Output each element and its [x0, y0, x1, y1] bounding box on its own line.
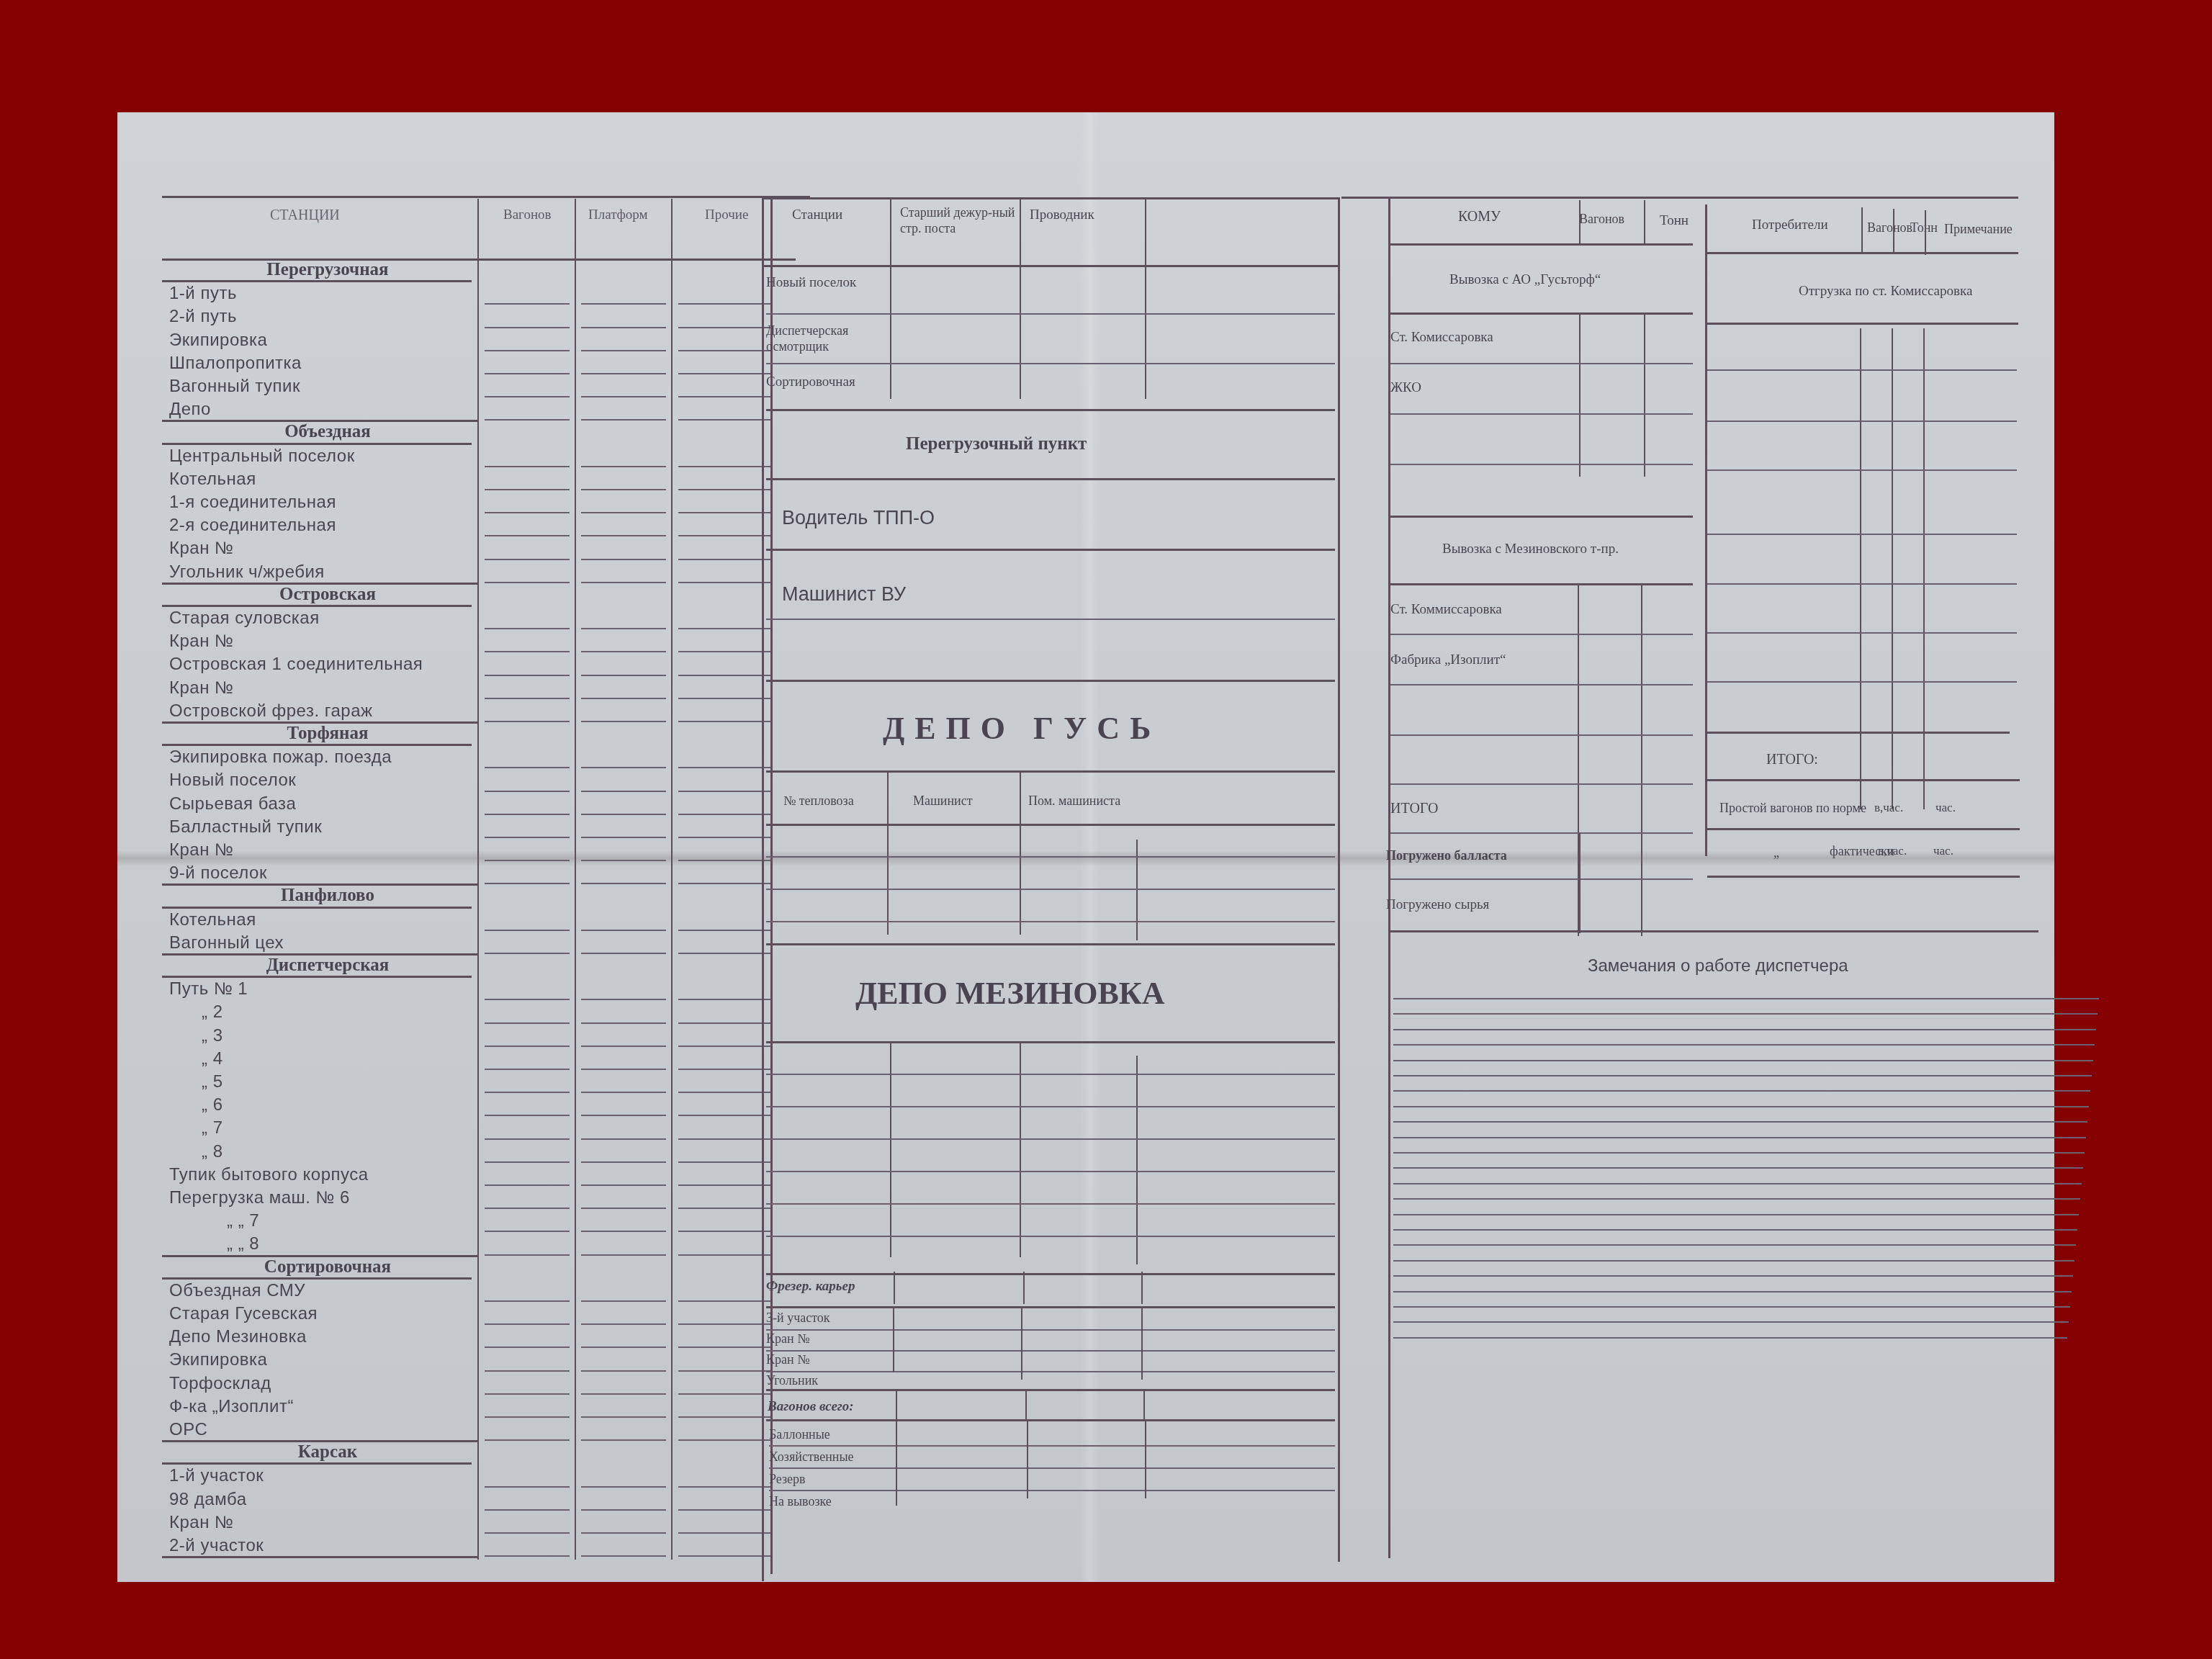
table-cell-input[interactable] [485, 419, 570, 421]
station-row-label: Кран № [169, 1513, 233, 1533]
table-cell-input[interactable] [581, 1208, 666, 1209]
table-cell-input[interactable] [581, 767, 666, 768]
section-komissarovka-title: Отгрузка по ст. Комиссаровка [1799, 284, 1972, 300]
table-cell-input[interactable] [678, 1532, 770, 1534]
table-cell-input[interactable] [678, 1046, 770, 1047]
station-row-label: Котельная [169, 469, 256, 490]
station-row-label: Экипировка [169, 1350, 267, 1370]
paper-form: СТАНЦИИ Вагонов Платформ Прочие Перегруз… [117, 112, 2054, 1582]
remark-line[interactable] [1393, 998, 2099, 999]
loaded-ballast-label: Погружено балласта [1386, 848, 1507, 863]
remark-line[interactable] [1393, 1321, 2069, 1323]
header-export-wagons: Вагонов [1579, 212, 1624, 227]
table-cell-input[interactable] [485, 396, 570, 397]
table-cell-input[interactable] [581, 1416, 666, 1418]
quarry-row-label: 3-й участок [766, 1310, 830, 1326]
group-rule [162, 280, 472, 282]
table-cell-input[interactable] [678, 373, 770, 374]
header-conductor: Проводник [1030, 207, 1094, 223]
table-cell-input[interactable] [485, 1184, 570, 1186]
remark-line[interactable] [1393, 1013, 2098, 1015]
table-cell-input[interactable] [678, 1184, 770, 1186]
table-cell-input[interactable] [485, 535, 570, 536]
remark-line[interactable] [1393, 1198, 2080, 1200]
header-depot-machinist: Машинист [913, 793, 973, 809]
idle-norm-label: Простой вагонов по норме [1719, 801, 1866, 816]
quarry-row-input[interactable] [766, 1350, 1335, 1352]
idle-norm-hours: час. [1935, 801, 1956, 815]
quarry-row-input[interactable] [766, 1329, 1335, 1331]
table-cell-input[interactable] [678, 535, 770, 536]
table-cell-input[interactable] [485, 1138, 570, 1140]
stations-table: СТАНЦИИ Вагонов Платформ Прочие Перегруз… [162, 112, 810, 1582]
station-group-title: Перегрузочная [176, 260, 479, 280]
table-cell-input[interactable] [581, 396, 666, 397]
depot-table-row[interactable] [766, 1203, 1335, 1205]
table-cell-input[interactable] [678, 1300, 770, 1302]
table-cell-input[interactable] [678, 1161, 770, 1163]
remark-line[interactable] [1393, 1214, 2079, 1215]
remark-line[interactable] [1393, 1137, 2086, 1138]
station-row-label: Новый поселок [169, 770, 296, 791]
station-row-label: Ф-ка „Изоплит“ [169, 1397, 294, 1417]
loaded-raw-label: Погружено сырья [1386, 897, 1489, 913]
table-cell-input[interactable] [485, 1416, 570, 1418]
table-cell-input[interactable] [678, 628, 770, 629]
table-cell-input[interactable] [581, 814, 666, 815]
table-cell-input[interactable] [485, 1370, 570, 1372]
station-row-label: Вагонный цех [169, 933, 284, 953]
wagon-type-label: Баллонные [769, 1427, 830, 1442]
depot-table-row[interactable] [766, 1236, 1335, 1237]
station-row-label: 2-й путь [169, 307, 237, 327]
remark-line[interactable] [1393, 1152, 2085, 1154]
table-cell-input[interactable] [581, 350, 666, 351]
table-cell-input[interactable] [581, 535, 666, 536]
table-cell-input[interactable] [581, 327, 666, 328]
station-row-label: Тупик бытового корпуса [169, 1165, 369, 1185]
table-cell-input[interactable] [485, 303, 570, 305]
station-row-label: „ 7 [202, 1118, 223, 1138]
depot-table-row[interactable] [766, 1106, 1335, 1107]
table-cell-input[interactable] [581, 953, 666, 954]
table-cell-input[interactable] [485, 860, 570, 861]
table-cell-input[interactable] [485, 559, 570, 560]
table-cell-input[interactable] [678, 860, 770, 861]
table-cell-input[interactable] [678, 1323, 770, 1325]
station-group-title: Торфяная [176, 724, 479, 744]
header-stations: СТАНЦИИ [270, 207, 340, 224]
station-row-label: 9-й поселок [169, 863, 267, 884]
quarry-row-label: Кран № [766, 1331, 809, 1346]
table-cell-input[interactable] [581, 1254, 666, 1256]
milling-quarry-label: Фрезер. карьер [766, 1279, 855, 1295]
station-row-label: Котельная [169, 910, 256, 930]
mid-row-label: Новый поселок [766, 275, 856, 291]
header-loco-no: № тепловоза [783, 793, 854, 809]
table-cell-input[interactable] [581, 303, 666, 305]
mid-row-label: Сортировочная [766, 374, 855, 390]
station-row-label: Вагонный тупик [169, 377, 300, 397]
export-row-label: Ст. Коммиссаровка [1390, 602, 1502, 618]
table-cell-input[interactable] [485, 721, 570, 722]
header-wagons: Вагонов [503, 207, 552, 223]
remark-line[interactable] [1393, 1291, 2072, 1292]
table-cell-input[interactable] [581, 1486, 666, 1488]
table-cell-input[interactable] [678, 1231, 770, 1232]
table-cell-input[interactable] [581, 1115, 666, 1116]
remark-line[interactable] [1393, 1183, 2082, 1184]
table-cell-input[interactable] [581, 860, 666, 861]
export-total-label: ИТОГО [1390, 801, 1438, 817]
table-cell-input[interactable] [678, 419, 770, 421]
table-cell-input[interactable] [678, 1022, 770, 1024]
table-cell-input[interactable] [678, 1346, 770, 1348]
wagon-type-label: На вывозке [769, 1494, 832, 1509]
station-group-title: Панфилово [176, 886, 479, 906]
table-cell-input[interactable] [485, 1254, 570, 1256]
station-row-label: „ 4 [202, 1049, 223, 1069]
station-row-label: „ 6 [202, 1095, 223, 1115]
station-row-label: ОРС [169, 1420, 207, 1440]
table-cell-input[interactable] [581, 373, 666, 374]
table-cell-input[interactable] [581, 466, 666, 467]
remark-line[interactable] [1393, 1306, 2070, 1308]
mid-row-label: Диспетчерская осмотрщик [766, 323, 889, 354]
remark-line[interactable] [1393, 1044, 2095, 1046]
table-cell-input[interactable] [581, 930, 666, 931]
table-cell-input[interactable] [581, 675, 666, 676]
wagon-type-input[interactable] [769, 1490, 1335, 1491]
depot-table-row[interactable] [766, 1171, 1335, 1172]
right-section: КОМУ Вагонов Тонн Тонн Вывозка с АО „Гус… [1269, 112, 2054, 1582]
header-consumers: Потребители [1752, 217, 1828, 233]
group-rule [162, 744, 472, 746]
station-row-label: Экипировка [169, 331, 267, 351]
remark-line[interactable] [1393, 1029, 2096, 1030]
quarry-row-input[interactable] [766, 1371, 1335, 1372]
station-row-label: Кран № [169, 631, 233, 652]
table-cell-input[interactable] [678, 930, 770, 931]
table-cell-input[interactable] [678, 883, 770, 884]
group-rule [162, 443, 472, 445]
table-cell-input[interactable] [678, 1416, 770, 1418]
table-cell-input[interactable] [581, 1393, 666, 1395]
header-other: Прочие [705, 207, 748, 223]
wagon-type-input[interactable] [769, 1445, 1335, 1447]
table-cell-input[interactable] [678, 559, 770, 560]
table-cell-input[interactable] [581, 1022, 666, 1024]
table-cell-input[interactable] [678, 837, 770, 838]
table-cell-input[interactable] [485, 1393, 570, 1395]
table-cell-input[interactable] [485, 1300, 570, 1302]
table-cell-input[interactable] [581, 1370, 666, 1372]
station-group-title: Диспетчерская [176, 956, 479, 976]
station-row-label: Кран № [169, 678, 233, 698]
station-row-label: Сырьевая база [169, 794, 296, 814]
station-row-label: Угольник ч/жребия [169, 562, 325, 583]
idle-actual-hours: час. [1933, 844, 1954, 858]
table-cell-input[interactable] [581, 651, 666, 652]
table-cell-input[interactable] [581, 1231, 666, 1232]
station-row-label: 2-й участок [169, 1536, 264, 1556]
table-cell-input[interactable] [678, 651, 770, 652]
section-gustorf-title: Вывозка с АО „Гусьторф“ [1449, 272, 1601, 288]
table-cell-input[interactable] [581, 698, 666, 699]
table-cell-input[interactable] [581, 999, 666, 1000]
remark-line[interactable] [1393, 1229, 2077, 1231]
wagons-total-label: Вагонов всего: [768, 1399, 854, 1415]
header-consumers-wagons: Вагонов [1867, 220, 1912, 235]
group-rule [162, 1462, 472, 1465]
table-cell-input[interactable] [485, 1323, 570, 1325]
table-cell-input[interactable] [678, 1138, 770, 1140]
station-row-label: 1-я соединительная [169, 493, 336, 513]
remark-line[interactable] [1393, 1090, 2090, 1092]
table-cell-input[interactable] [485, 1161, 570, 1163]
table-cell-input[interactable] [485, 814, 570, 815]
table-cell-input[interactable] [678, 1208, 770, 1209]
station-row-label: Старая суловская [169, 608, 320, 629]
remark-line[interactable] [1393, 1244, 2076, 1246]
table-cell-input[interactable] [485, 767, 570, 768]
table-cell-input[interactable] [581, 1138, 666, 1140]
table-cell-input[interactable] [485, 582, 570, 583]
header-senior-duty: Старший дежур-ный стр. поста [900, 204, 1022, 236]
station-row-label: Экипировка пожар. поезда [169, 747, 392, 768]
table-cell-input[interactable] [485, 1509, 570, 1511]
table-cell-input[interactable] [678, 1486, 770, 1488]
table-cell-input[interactable] [485, 1231, 570, 1232]
remark-line[interactable] [1393, 1167, 2083, 1169]
station-row-label: Кран № [169, 539, 233, 559]
station-row-label: 1-й участок [169, 1466, 264, 1486]
depot-gus-title: ДЕПО ГУСЬ [883, 710, 1161, 747]
quarry-row-label: Кран № [766, 1352, 809, 1367]
station-row-label: Торфосклад [169, 1374, 271, 1394]
table-cell-input[interactable] [581, 1323, 666, 1325]
station-row-label: „ 8 [202, 1142, 223, 1162]
table-cell-input[interactable] [581, 1509, 666, 1511]
table-cell-input[interactable] [485, 1346, 570, 1348]
depot-table-row[interactable] [766, 1138, 1335, 1140]
group-rule [162, 907, 472, 909]
wagon-type-input[interactable] [769, 1467, 1335, 1469]
station-row-label: „ „ 7 [227, 1211, 259, 1231]
quarry-row-label: Угольник [766, 1373, 818, 1388]
table-cell-input[interactable] [485, 512, 570, 513]
station-row-label: 1-й путь [169, 284, 237, 304]
table-cell-input[interactable] [485, 837, 570, 838]
idle-norm-wagon-hours: в,час. [1874, 801, 1903, 815]
section-mezinovka-title: Вывозка с Мезиновского т-пр. [1442, 541, 1619, 557]
station-row-label: Кран № [169, 840, 233, 860]
station-row-label: Островской фрез. гараж [169, 701, 373, 721]
table-cell-input[interactable] [581, 1069, 666, 1070]
table-cell-input[interactable] [485, 1115, 570, 1116]
table-cell-input[interactable] [581, 559, 666, 560]
group-rule [162, 605, 472, 607]
station-row-label: Объездная СМУ [169, 1281, 305, 1301]
table-cell-input[interactable] [581, 582, 666, 583]
table-cell-input[interactable] [485, 466, 570, 467]
table-cell-input[interactable] [581, 1161, 666, 1163]
table-cell-input[interactable] [678, 999, 770, 1000]
remark-line[interactable] [1393, 1121, 2087, 1123]
table-cell-input[interactable] [678, 303, 770, 305]
table-cell-input[interactable] [581, 1046, 666, 1047]
station-row-label: Островская 1 соединительная [169, 655, 423, 675]
table-cell-input[interactable] [581, 791, 666, 792]
station-row-label: „ 2 [202, 1002, 223, 1022]
table-cell-input[interactable] [678, 721, 770, 722]
table-cell-input[interactable] [485, 698, 570, 699]
table-cell-input[interactable] [485, 628, 570, 629]
depot-table-bottom-rule [766, 1273, 1335, 1275]
header-assistant: Пом. машиниста [1028, 793, 1120, 809]
remark-line[interactable] [1393, 1060, 2093, 1061]
table-cell-input[interactable] [678, 1509, 770, 1511]
table-cell-input[interactable] [581, 628, 666, 629]
export-row-label: Ст. Комиссаровка [1390, 330, 1493, 346]
table-cell-input[interactable] [678, 767, 770, 768]
table-cell-input[interactable] [678, 791, 770, 792]
table-cell-input[interactable] [485, 1486, 570, 1488]
station-row-label: Центральный поселок [169, 446, 355, 467]
wagon-type-label: Хозяйственные [769, 1449, 853, 1465]
table-cell-input[interactable] [485, 953, 570, 954]
remark-line[interactable] [1393, 1337, 2067, 1339]
col-divider [893, 1308, 894, 1372]
table-cell-input[interactable] [678, 698, 770, 699]
table-cell-input[interactable] [485, 791, 570, 792]
table-cell-input[interactable] [581, 419, 666, 421]
station-row-label: 2-я соединительная [169, 516, 336, 536]
machinist-label: Машинист ВУ [782, 583, 906, 606]
station-row-label: 98 дамба [169, 1490, 247, 1510]
table-cell-input[interactable] [485, 1208, 570, 1209]
table-cell-input[interactable] [581, 1439, 666, 1441]
table-cell-input[interactable] [678, 396, 770, 397]
group-rule [162, 976, 472, 978]
table-cell-input[interactable] [678, 1439, 770, 1441]
station-group-title: Объездная [176, 422, 479, 442]
table-cell-input[interactable] [485, 489, 570, 490]
station-row-label: Депо [169, 400, 211, 420]
table-cell-input[interactable] [581, 1532, 666, 1534]
group-rule [162, 1277, 472, 1280]
table-cell-input[interactable] [678, 512, 770, 513]
header-note: Примечание [1944, 222, 2013, 237]
table-cell-input[interactable] [485, 651, 570, 652]
header-export-tons-visible: Тонн [1660, 213, 1689, 229]
table-cell-input[interactable] [678, 953, 770, 954]
station-row-label: „ 3 [202, 1026, 223, 1046]
table-cell-input[interactable] [678, 350, 770, 351]
table-cell-input[interactable] [678, 1069, 770, 1070]
table-cell-input[interactable] [678, 1115, 770, 1116]
table-cell-input[interactable] [678, 1393, 770, 1395]
table-cell-input[interactable] [678, 1555, 770, 1557]
table-cell-input[interactable] [581, 837, 666, 838]
table-cell-input[interactable] [485, 930, 570, 931]
table-cell-input[interactable] [581, 1300, 666, 1302]
remarks-title: Замечания о работе диспетчера [1588, 956, 1848, 976]
idle-actual-mark: „ [1773, 845, 1779, 860]
header-mid-stations: Станции [792, 207, 842, 223]
table-cell-input[interactable] [678, 582, 770, 583]
station-row-label: Балластный тупик [169, 817, 322, 837]
table-cell-input[interactable] [485, 1555, 570, 1557]
remark-line[interactable] [1393, 1075, 2092, 1076]
table-cell-input[interactable] [581, 1555, 666, 1557]
remark-line[interactable] [1393, 1106, 2089, 1107]
table-cell-input[interactable] [678, 1092, 770, 1093]
remark-line[interactable] [1393, 1275, 2073, 1277]
table-cell-input[interactable] [485, 883, 570, 884]
header-platforms: Платформ [588, 207, 648, 223]
table-cell-input[interactable] [678, 1254, 770, 1256]
table-cell-input[interactable] [581, 1092, 666, 1093]
table-cell-input[interactable] [678, 675, 770, 676]
table-cell-input[interactable] [485, 1439, 570, 1441]
transfer-point-title: Перегрузочный пункт [906, 434, 1087, 454]
col-divider [1141, 1308, 1143, 1380]
table-cell-input[interactable] [485, 1092, 570, 1093]
table-cell-input[interactable] [485, 675, 570, 676]
header-to: КОМУ [1458, 209, 1501, 225]
table-cell-input[interactable] [485, 373, 570, 374]
station-row-label: Путь № 1 [169, 979, 248, 999]
wagon-type-label: Резерв [769, 1472, 806, 1487]
table-cell-input[interactable] [485, 999, 570, 1000]
table-cell-input[interactable] [485, 1069, 570, 1070]
table-cell-input[interactable] [581, 512, 666, 513]
table-cell-input[interactable] [485, 350, 570, 351]
table-cell-input[interactable] [581, 1346, 666, 1348]
table-cell-input[interactable] [485, 1022, 570, 1024]
consumers-total-label: ИТОГО: [1766, 752, 1818, 768]
station-row-label: „ „ 8 [227, 1234, 259, 1254]
table-cell-input[interactable] [581, 489, 666, 490]
table-cell-input[interactable] [581, 883, 666, 884]
station-group-title: Сортировочная [176, 1257, 479, 1277]
station-group-title: Карсак [176, 1442, 479, 1462]
idle-actual-wagon-hours: в,час. [1878, 844, 1907, 858]
table-cell-input[interactable] [485, 1532, 570, 1534]
table-cell-input[interactable] [678, 466, 770, 467]
header-consumers-tons: Тонн [1910, 220, 1938, 235]
station-row-label: Перегрузка маш. № 6 [169, 1188, 350, 1208]
table-cell-input[interactable] [678, 1370, 770, 1372]
table-cell-input[interactable] [581, 721, 666, 722]
table-cell-input[interactable] [581, 1184, 666, 1186]
remark-line[interactable] [1393, 1260, 2074, 1262]
table-cell-input[interactable] [678, 327, 770, 328]
depot-mezinovka-title: ДЕПО МЕЗИНОВКА [855, 975, 1164, 1012]
driver-label: Водитель ТПП-О [782, 507, 935, 529]
export-row-label: Фабрика „Изоплит“ [1390, 652, 1506, 668]
col-divider [1021, 1308, 1022, 1380]
table-cell-input[interactable] [678, 489, 770, 490]
table-cell-input[interactable] [678, 814, 770, 815]
station-row-label: Депо Мезиновка [169, 1327, 307, 1347]
export-row-label: ЖКО [1390, 380, 1421, 396]
group-rule [162, 1556, 479, 1558]
depot-table-row[interactable] [766, 1074, 1335, 1075]
table-cell-input[interactable] [485, 1046, 570, 1047]
table-cell-input[interactable] [485, 327, 570, 328]
